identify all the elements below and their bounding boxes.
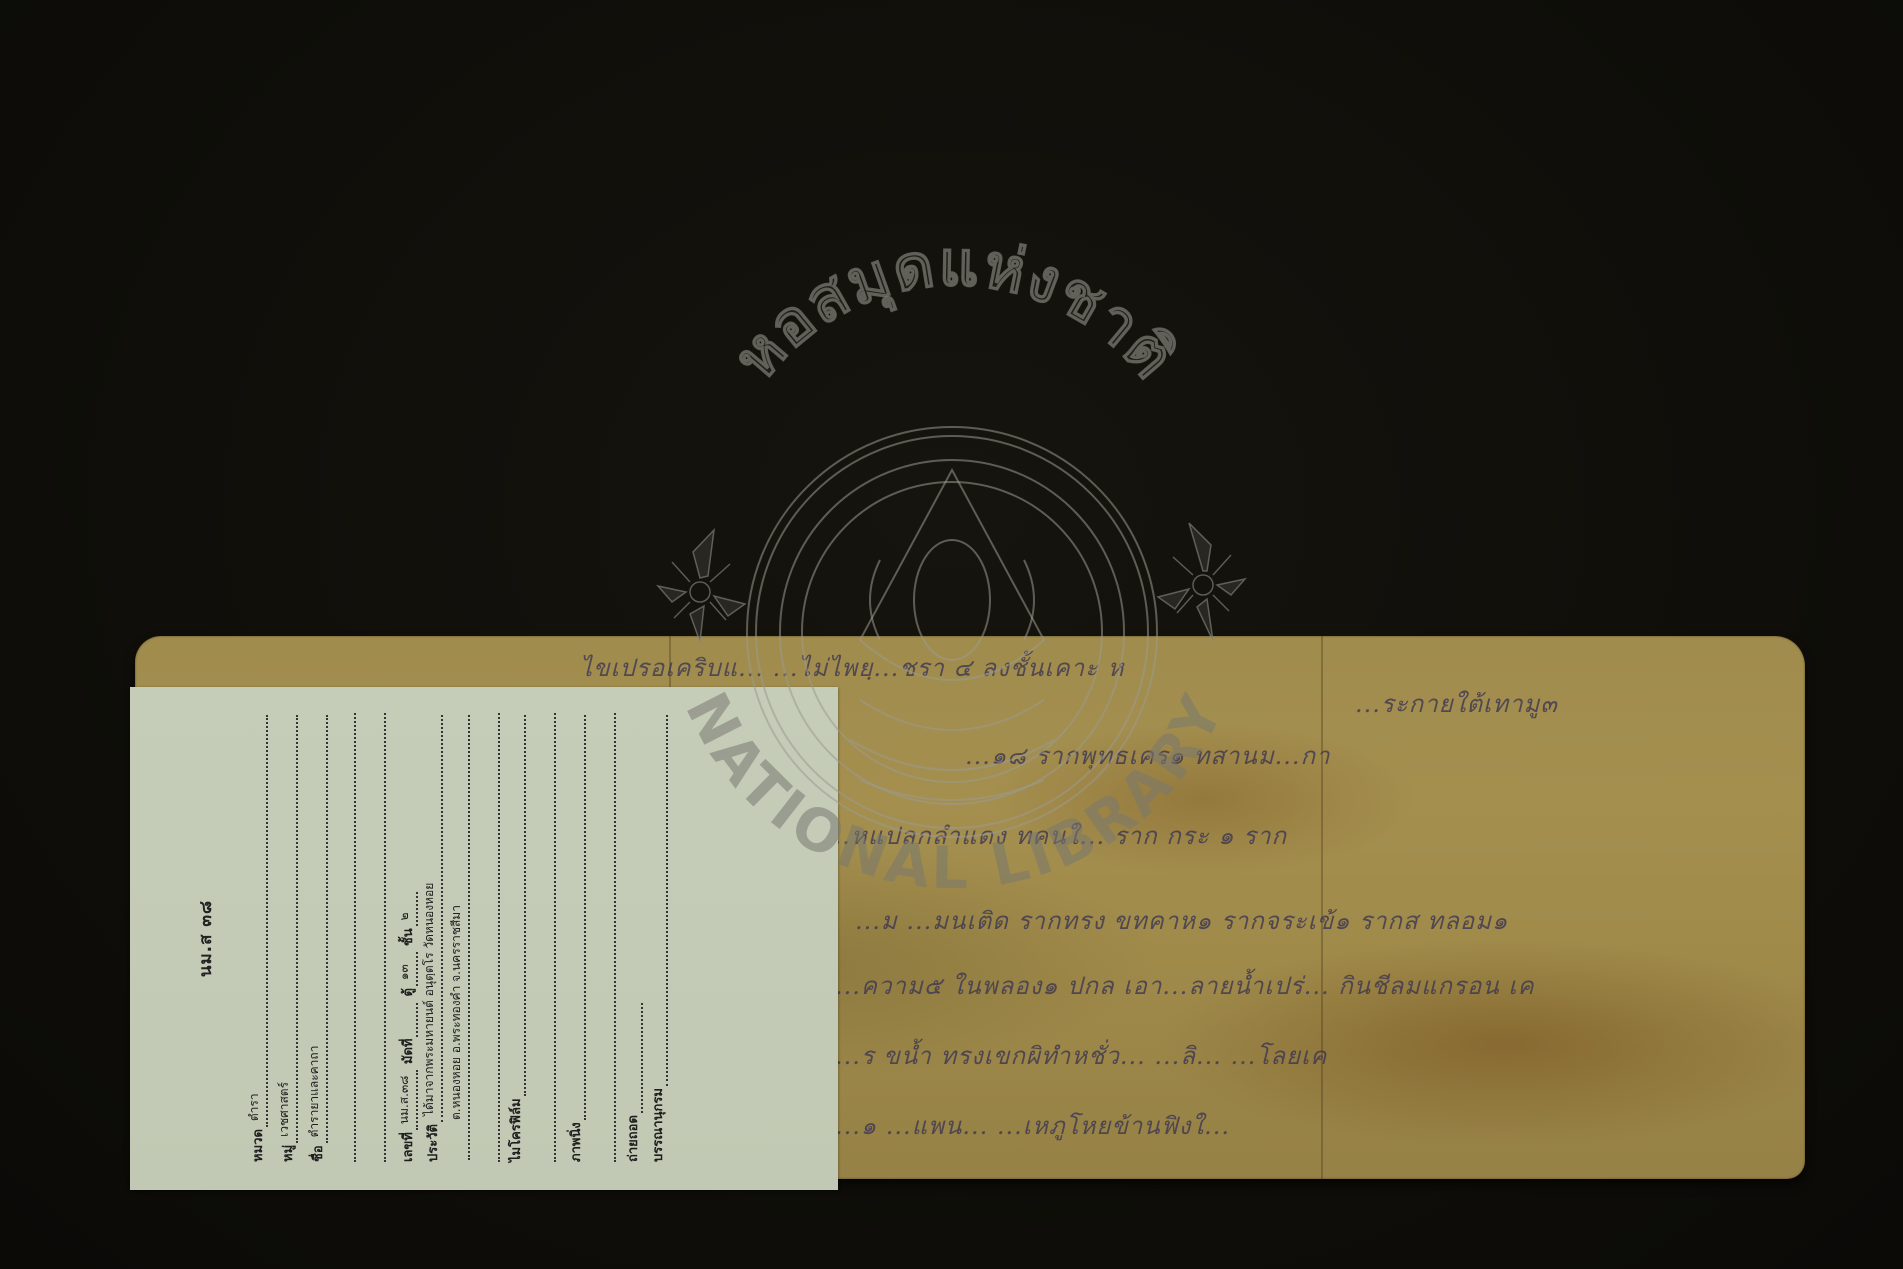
field-microfilm: ไมโครฟิล์ม xyxy=(508,713,526,1162)
card-heading: นม.ส ๓๘ xyxy=(192,687,219,1190)
script-line: ไขเปรอเคริบแ... ...ไม่ไพยฺ...ชรา ๔ ลงชั้… xyxy=(580,648,1124,687)
field-history: ประวัติ ได้มาจากพระมหายนต์ อนุตฺตโร วัดห… xyxy=(425,713,443,1162)
blank-line xyxy=(498,713,500,1162)
shelf-value: ๒ xyxy=(395,912,414,920)
category-value: ตำรา xyxy=(245,1093,264,1121)
script-line: ...ความ๕ ในพลอง๑ ปกล เอา...ลายน้ำเปร่...… xyxy=(835,966,1535,1005)
blank-line xyxy=(554,713,556,1162)
number-value: นม.ส.๓๘ xyxy=(395,1076,414,1125)
blank-line xyxy=(614,713,616,1162)
script-line: ...ระกายใต้เทามู๓ xyxy=(1355,684,1558,723)
cabinet-value: ๑๓ xyxy=(395,964,414,980)
group-value: เวชศาสตร์ xyxy=(275,1082,294,1137)
script-line: ...ร ขน้ำ ทรงเขกผิทำหชั่ว... ...ลิ... ..… xyxy=(835,1036,1327,1075)
field-history-cont: ต.หนองหอย อ.พระทองคำ จ.นครราชสีมา xyxy=(452,713,470,1162)
field-bibliography: บรรณานุกรม xyxy=(650,713,668,1162)
script-line: ...ม ...มนเติด รากทรง ขทคาห๑ รากจระเข้๑ … xyxy=(855,901,1508,940)
script-line: ...๑ ...แพน... ...เหภูโหยข้านฟิงใ... xyxy=(835,1106,1230,1145)
blank-line xyxy=(354,713,356,1162)
blank-line xyxy=(384,713,386,1162)
history-value: ได้มาจากพระมหายนต์ อนุตฺตโร วัดหนองหอย xyxy=(420,883,439,1116)
title-value: ตำรายาและคาถา xyxy=(305,1046,324,1138)
field-group: หมู่ เวชศาสตร์ xyxy=(280,713,298,1162)
catalog-index-card: นม.ส ๓๘ หมวด ตำรา หมู่ เวชศาสตร์ ชื่อ ตำ… xyxy=(130,687,838,1190)
field-number: เลขที่ นม.ส.๓๘ มัดที่ ตู้ ๑๓ ชั้น ๒ xyxy=(400,713,418,1162)
field-transcription: ถ่ายถอด xyxy=(625,713,643,1162)
field-title: ชื่อ ตำรายาและคาถา xyxy=(310,713,328,1162)
field-still-image: ภาพนิ่ง xyxy=(568,713,586,1162)
script-line: ...๑๘ รากพุทธเคร๑ ทสานม...กา xyxy=(965,736,1331,775)
field-category: หมวด ตำรา xyxy=(250,713,268,1162)
script-line: ...หแปลกลำแดง ทคนใ... ราก กระ ๑ ราก xyxy=(825,816,1287,855)
